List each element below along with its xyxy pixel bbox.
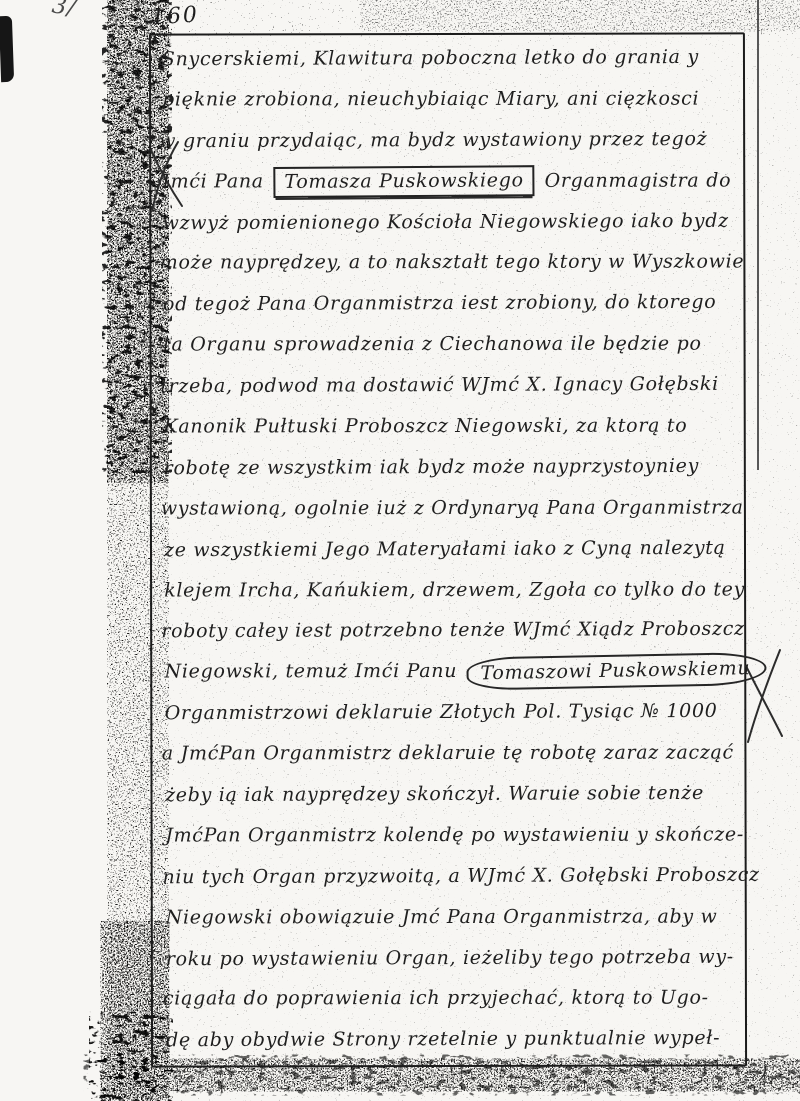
manuscript-line: ze wszystkiemi Jego Materyałami iako z C… xyxy=(160,527,744,570)
corner-mark: 3/ xyxy=(50,0,78,22)
manuscript-line: żeby ią iak nayprędzey skończył. Waruie … xyxy=(161,773,745,816)
stray-pen-mark: ,) xyxy=(751,1061,771,1083)
manuscript-line: dę aby obydwie Strony rzetelnie y punktu… xyxy=(162,1018,746,1061)
line-post: Organmagistra do xyxy=(538,169,731,191)
line-pre: Imći Pana xyxy=(162,170,270,192)
manuscript-line: Niegowski, temuż Imći Panu Tomaszowi Pus… xyxy=(161,651,745,693)
scan-edge-blob xyxy=(0,16,14,82)
manuscript-text-block: Snycerskiemi, Klawitura poboczna letko d… xyxy=(158,37,746,1062)
manuscript-line: ta Organu sprowadzenia z Ciechanowa ile … xyxy=(159,324,743,366)
manuscript-line: pięknie zrobiona, nieuchybiaiąc Miary, a… xyxy=(158,78,742,120)
manuscript-line: Kanonik Pułtuski Proboszcz Niegowski, za… xyxy=(159,406,743,448)
line-pre: Niegowski, temuż Imći Panu xyxy=(165,660,464,683)
page-fold-line xyxy=(757,0,759,470)
manuscript-line: roboty całey iest potrzebno tenże WJmć X… xyxy=(160,609,744,652)
manuscript-line: roku po wystawieniu Organ, ieżeliby tego… xyxy=(162,936,746,979)
circled-name: Tomaszowi Puskowskiemu xyxy=(467,652,767,691)
manuscript-line: ciągała do poprawienia ich przyjechać, k… xyxy=(162,978,746,1020)
page-number: 160 xyxy=(150,2,200,30)
manuscript-line: od tegoż Pana Organmistrza iest zrobiony… xyxy=(159,282,743,325)
manuscript-line: niu tych Organ przyzwoitą, a WJmć X. Goł… xyxy=(161,855,745,898)
manuscript-line: Snycerskiemi, Klawitura poboczna letko d… xyxy=(158,37,742,80)
boxed-name: Tomasza Puskowskiego xyxy=(273,165,535,198)
manuscript-line: Imći Pana Tomasza Puskowskiego Organmagi… xyxy=(158,160,742,202)
manuscript-line: a JmćPan Organmistrz deklaruie tę robotę… xyxy=(161,733,745,775)
scanned-page: 3/ 160 Snycerskiemi, Klawitura poboczna … xyxy=(0,0,800,1101)
manuscript-line: JmćPan Organmistrz kolendę po wystawieni… xyxy=(161,814,745,856)
manuscript-line: w graniu przydaiąc, ma bydz wystawiony p… xyxy=(158,119,742,162)
manuscript-line: klejem Ircha, Kańukiem, drzewem, Zgoła c… xyxy=(160,569,744,611)
manuscript-line: wzwyż pomienionego Kościoła Niegowskiego… xyxy=(158,200,742,243)
manuscript-line: Niegowski obowiązuie Jmć Pana Organmistr… xyxy=(162,896,746,938)
manuscript-line: robotę ze wszystkim iak bydz może nayprz… xyxy=(160,446,744,489)
manuscript-line: może nayprędzey, a to nakształt tego kto… xyxy=(159,242,743,284)
manuscript-line: wystawioną, ogolnie iuż z Ordynaryą Pana… xyxy=(160,487,744,529)
manuscript-line: Organmistrzowi deklaruie Złotych Pol. Ty… xyxy=(161,691,745,734)
manuscript-line: trzeba, podwod ma dostawić WJmć X. Ignac… xyxy=(159,364,743,407)
